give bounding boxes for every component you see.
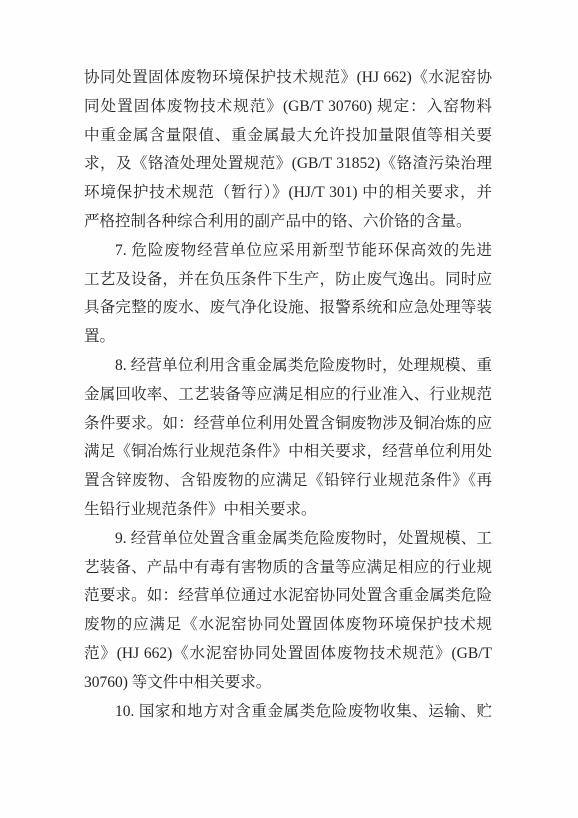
text-line: 废物的应满足《水泥窑协同处置固体废物环境保护技术规	[84, 611, 492, 640]
text-line: 范要求。如：经营单位通过水泥窑协同处置含重金属类危险	[84, 582, 492, 611]
text-line: 7. 危险废物经营单位应采用新型节能环保高效的先进	[84, 237, 492, 266]
text-line: 范》(HJ 662)《水泥窑协同处置固体废物技术规范》(GB/T	[84, 640, 492, 669]
text-line: 环境保护技术规范（暂行）》(HJ/T 301) 中的相关要求，并	[84, 179, 492, 208]
text-line: 10. 国家和地方对含重金属类危险废物收集、运输、贮	[84, 698, 492, 727]
text-line: 具备完整的废水、废气净化设施、报警系统和应急处理等装	[84, 294, 492, 323]
text-line: 置。	[84, 323, 492, 352]
paragraph-item-9: 9. 经营单位处置含重金属类危险废物时，处置规模、工 艺装备、产品中有毒有害物质…	[84, 525, 492, 698]
text-line: 协同处置固体废物环境保护技术规范》(HJ 662)《水泥窑协	[84, 64, 492, 93]
text-line: 求，及《铬渣处理处置规范》(GB/T 31852)《铬渣污染治理	[84, 150, 492, 179]
text-line: 同处置固体废物技术规范》(GB/T 30760) 规定：入窑物料	[84, 93, 492, 122]
text-line: 满足《铜冶炼行业规范条件》中相关要求，经营单位利用处	[84, 438, 492, 467]
text-line: 生铅行业规范条件》中相关要求。	[84, 496, 492, 525]
text-line: 中重金属含量限值、重金属最大允许投加量限值等相关要	[84, 122, 492, 151]
text-line: 金属回收率、工艺装备等应满足相应的行业准入、行业规范	[84, 381, 492, 410]
paragraph-item-7: 7. 危险废物经营单位应采用新型节能环保高效的先进 工艺及设备，并在负压条件下生…	[84, 237, 492, 352]
paragraph-item-8: 8. 经营单位利用含重金属类危险废物时，处理规模、重 金属回收率、工艺装备等应满…	[84, 352, 492, 525]
text-line: 严格控制各种综合利用的副产品中的铬、六价铬的含量。	[84, 208, 492, 237]
text-line: 9. 经营单位处置含重金属类危险废物时，处置规模、工	[84, 525, 492, 554]
text-line: 艺装备、产品中有毒有害物质的含量等应满足相应的行业规	[84, 554, 492, 583]
text-line: 工艺及设备，并在负压条件下生产，防止废气逸出。同时应	[84, 266, 492, 295]
text-line: 置含锌废物、含铅废物的应满足《铅锌行业规范条件》《再	[84, 467, 492, 496]
text-block: 协同处置固体废物环境保护技术规范》(HJ 662)《水泥窑协 同处置固体废物技术…	[84, 64, 492, 726]
document-page: 协同处置固体废物环境保护技术规范》(HJ 662)《水泥窑协 同处置固体废物技术…	[0, 0, 578, 818]
paragraph-continuation: 协同处置固体废物环境保护技术规范》(HJ 662)《水泥窑协 同处置固体废物技术…	[84, 64, 492, 237]
text-line: 8. 经营单位利用含重金属类危险废物时，处理规模、重	[84, 352, 492, 381]
text-line: 条件要求。如：经营单位利用处置含铜废物涉及铜冶炼的应	[84, 410, 492, 439]
text-line: 30760) 等文件中相关要求。	[84, 669, 492, 698]
paragraph-item-10: 10. 国家和地方对含重金属类危险废物收集、运输、贮	[84, 698, 492, 727]
